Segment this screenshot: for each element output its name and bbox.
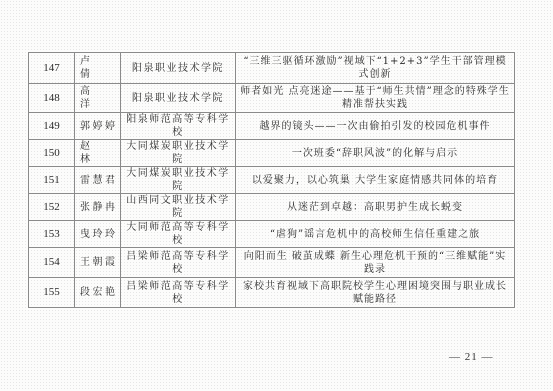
- person-name: 卢 倩: [75, 53, 121, 84]
- award-list-table: 147卢 倩阳泉职业技术学院“三维三驱循环激励”视域下“1+2+3”学生干部管理…: [28, 52, 515, 308]
- person-name: 赵 林: [75, 140, 121, 167]
- school-name: 阳泉职业技术学院: [121, 53, 236, 84]
- row-number: 150: [29, 140, 75, 167]
- table-body: 147卢 倩阳泉职业技术学院“三维三驱循环激励”视域下“1+2+3”学生干部管理…: [29, 53, 515, 308]
- school-name: 阳泉职业技术学院: [121, 84, 236, 113]
- row-number: 147: [29, 53, 75, 84]
- table-row: 153曳玲玲大同师范高等专科学校“虐狗”谣言危机中的高校师生信任重建之旅: [29, 221, 515, 248]
- table-row: 147卢 倩阳泉职业技术学院“三维三驱循环激励”视域下“1+2+3”学生干部管理…: [29, 53, 515, 84]
- school-name: 吕梁师范高等专科学校: [121, 248, 236, 278]
- table-row: 152张静冉山西同文职业技术学院从迷茫到卓越：高职男护生成长蜕变: [29, 194, 515, 221]
- school-name: 吕梁师范高等专科学校: [121, 278, 236, 308]
- row-number: 155: [29, 278, 75, 308]
- case-title: 向阳而生 破茧成蝶 新生心理危机干预的“三维赋能”实践录: [236, 248, 515, 278]
- school-name: 大同煤炭职业技术学院: [121, 140, 236, 167]
- table-row: 149郭婷婷阳泉师范高等专科学校越界的镜头——一次由偷拍引发的校园危机事件: [29, 113, 515, 140]
- table-row: 154王朝霞吕梁师范高等专科学校向阳而生 破茧成蝶 新生心理危机干预的“三维赋能…: [29, 248, 515, 278]
- case-title: 一次班委“辞职风波”的化解与启示: [236, 140, 515, 167]
- case-title: “三维三驱循环激励”视域下“1+2+3”学生干部管理模式创新: [236, 53, 515, 84]
- school-name: 大同师范高等专科学校: [121, 221, 236, 248]
- row-number: 149: [29, 113, 75, 140]
- person-name: 段宏艳: [75, 278, 121, 308]
- table-row: 150赵 林大同煤炭职业技术学院一次班委“辞职风波”的化解与启示: [29, 140, 515, 167]
- row-number: 153: [29, 221, 75, 248]
- table-row: 155段宏艳吕梁师范高等专科学校家校共育视域下高职院校学生心理困境突围与职业成长…: [29, 278, 515, 308]
- case-title: 从迷茫到卓越：高职男护生成长蜕变: [236, 194, 515, 221]
- document-page: 147卢 倩阳泉职业技术学院“三维三驱循环激励”视域下“1+2+3”学生干部管理…: [0, 0, 553, 391]
- school-name: 阳泉师范高等专科学校: [121, 113, 236, 140]
- person-name: 雷慧君: [75, 167, 121, 194]
- row-number: 152: [29, 194, 75, 221]
- person-name: 张静冉: [75, 194, 121, 221]
- person-name: 郭婷婷: [75, 113, 121, 140]
- person-name: 曳玲玲: [75, 221, 121, 248]
- row-number: 151: [29, 167, 75, 194]
- case-title: 以爱聚力，以心筑巢 大学生家庭情感共同体的培育: [236, 167, 515, 194]
- case-title: 师者如光 点亮迷途——基于“师生共情”理念的特殊学生精准帮扶实践: [236, 84, 515, 113]
- row-number: 154: [29, 248, 75, 278]
- page-number: — 21 —: [449, 351, 494, 363]
- row-number: 148: [29, 84, 75, 113]
- person-name: 王朝霞: [75, 248, 121, 278]
- table-row: 151雷慧君大同煤炭职业技术学院以爱聚力，以心筑巢 大学生家庭情感共同体的培育: [29, 167, 515, 194]
- case-title: “虐狗”谣言危机中的高校师生信任重建之旅: [236, 221, 515, 248]
- case-title: 家校共育视域下高职院校学生心理困境突围与职业成长赋能路径: [236, 278, 515, 308]
- table-row: 148高 洋阳泉职业技术学院师者如光 点亮迷途——基于“师生共情”理念的特殊学生…: [29, 84, 515, 113]
- school-name: 大同煤炭职业技术学院: [121, 167, 236, 194]
- person-name: 高 洋: [75, 84, 121, 113]
- case-title: 越界的镜头——一次由偷拍引发的校园危机事件: [236, 113, 515, 140]
- school-name: 山西同文职业技术学院: [121, 194, 236, 221]
